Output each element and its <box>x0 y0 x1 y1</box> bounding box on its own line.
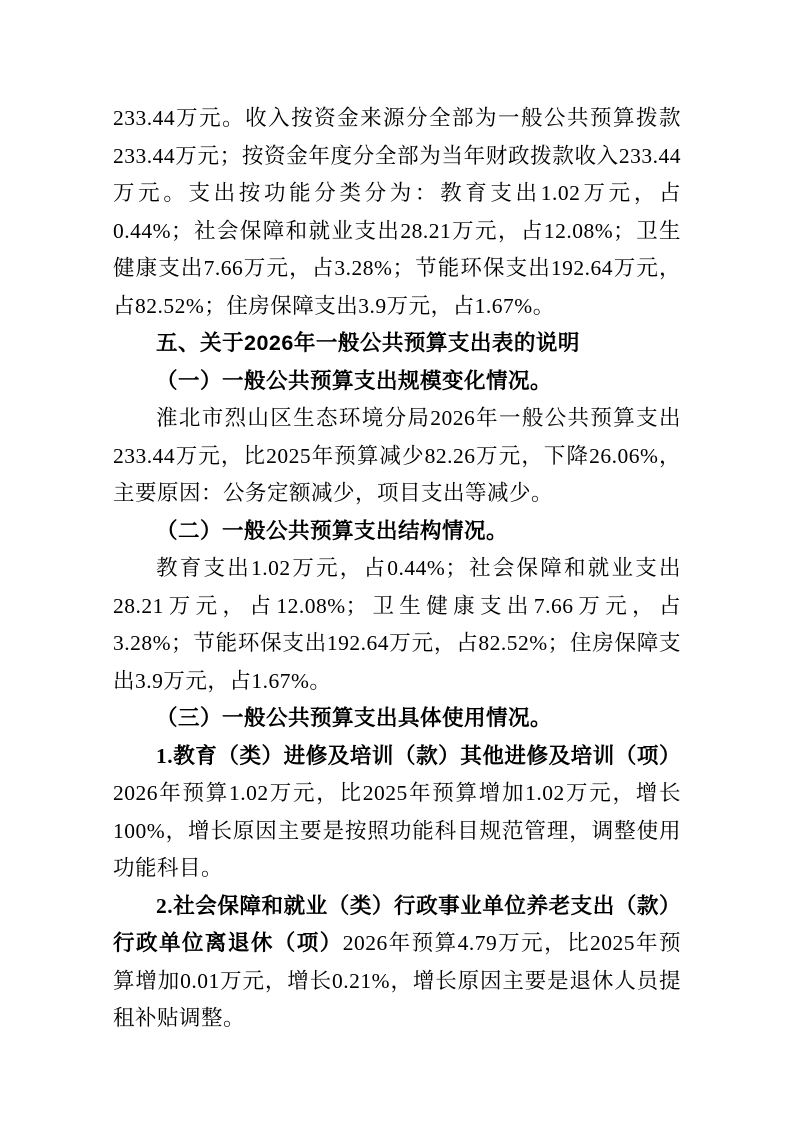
paragraph-item-2-social-security: 2.社会保障和就业（类）行政事业单位养老支出（款）行政单位离退休（项）2026年… <box>113 888 681 1038</box>
item-1-education-detail-text: 2026年预算1.02万元，比2025年预算增加1.02万元，增长100%，增长… <box>113 781 681 880</box>
subsection-2-heading-expenditure-structure: （二）一般公共预算支出结构情况。 <box>113 513 681 551</box>
section-5-heading: 五、关于2026年一般公共预算支出表的说明 <box>113 325 681 363</box>
paragraph-expenditure-structure: 教育支出1.02万元，占0.44%；社会保障和就业支出28.21万元，占12.0… <box>113 550 681 700</box>
continued-paragraph-income-expenditure-overview: 233.44万元。收入按资金来源分全部为一般公共预算拨款233.44万元；按资金… <box>113 100 681 325</box>
document-page: 233.44万元。收入按资金来源分全部为一般公共预算拨款233.44万元；按资金… <box>0 0 793 1122</box>
paragraph-expenditure-scale-change: 淮北市烈山区生态环境分局2026年一般公共预算支出233.44万元，比2025年… <box>113 400 681 513</box>
paragraph-item-1-education: 1.教育（类）进修及培训（款）其他进修及培训（项）2026年预算1.02万元，比… <box>113 738 681 888</box>
subsection-3-heading-expenditure-specific-usage: （三）一般公共预算支出具体使用情况。 <box>113 700 681 738</box>
subsection-1-heading-expenditure-scale-change: （一）一般公共预算支出规模变化情况。 <box>113 363 681 401</box>
item-1-education-category-label: 1.教育（类）进修及培训（款）其他进修及培训（项） <box>156 744 681 768</box>
